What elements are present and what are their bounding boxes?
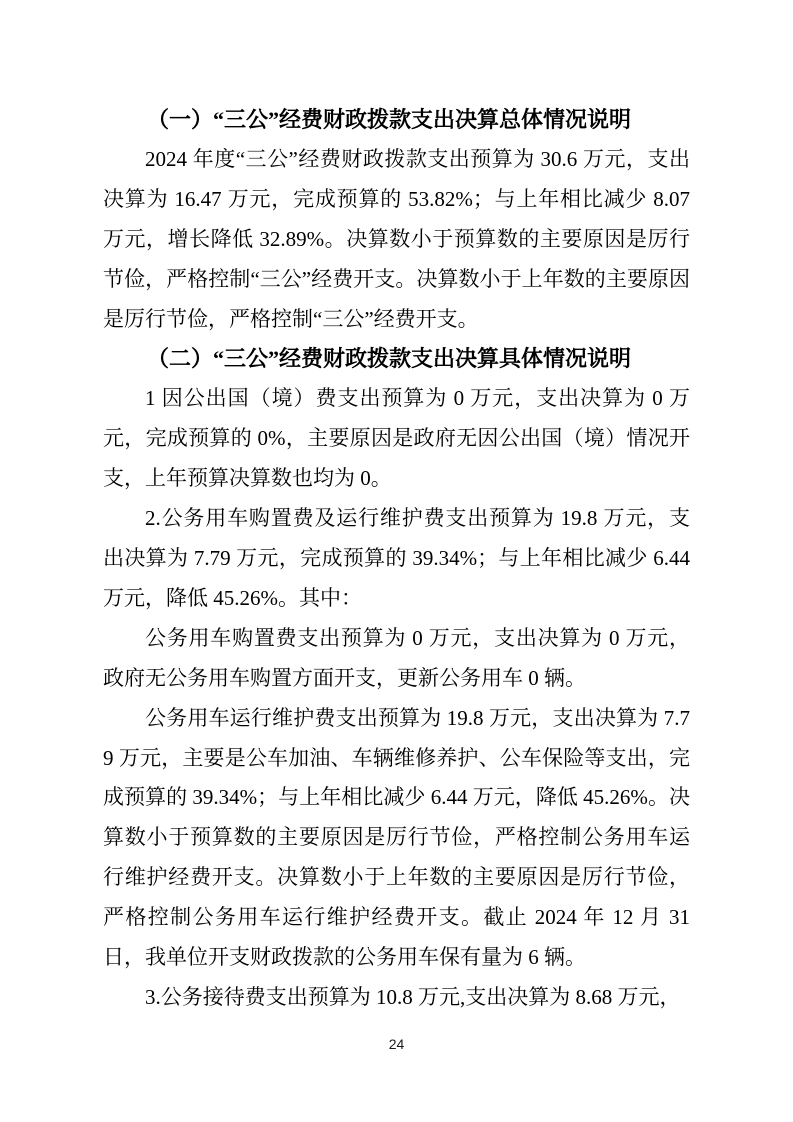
document-body: （一）“三公”经费财政拨款支出决算总体情况说明 2024 年度“三公”经费财政拨… <box>103 100 690 1018</box>
page-number: 24 <box>0 1034 793 1054</box>
paragraph-vehicle-purchase: 公务用车购置费支出预算为 0 万元，支出决算为 0 万元，政府无公务用车购置方面… <box>103 619 690 699</box>
section-heading-overall: （一）“三公”经费财政拨款支出决算总体情况说明 <box>103 100 690 140</box>
paragraph-vehicle-maintenance: 公务用车运行维护费支出预算为 19.8 万元，支出决算为 7.79 万元，主要是… <box>103 699 690 978</box>
paragraph-overall-summary: 2024 年度“三公”经费财政拨款支出预算为 30.6 万元，支出决算为 16.… <box>103 140 690 340</box>
section-heading-detail: （二）“三公”经费财政拨款支出决算具体情况说明 <box>103 339 690 379</box>
paragraph-abroad-expense: 1 因公出国（境）费支出预算为 0 万元，支出决算为 0 万元，完成预算的 0%… <box>103 379 690 499</box>
paragraph-reception-expense: 3.公务接待费支出预算为 10.8 万元,支出决算为 8.68 万元， <box>103 978 690 1018</box>
paragraph-vehicle-total: 2.公务用车购置费及运行维护费支出预算为 19.8 万元，支出决算为 7.79 … <box>103 499 690 619</box>
document-page: （一）“三公”经费财政拨款支出决算总体情况说明 2024 年度“三公”经费财政拨… <box>0 0 793 1122</box>
